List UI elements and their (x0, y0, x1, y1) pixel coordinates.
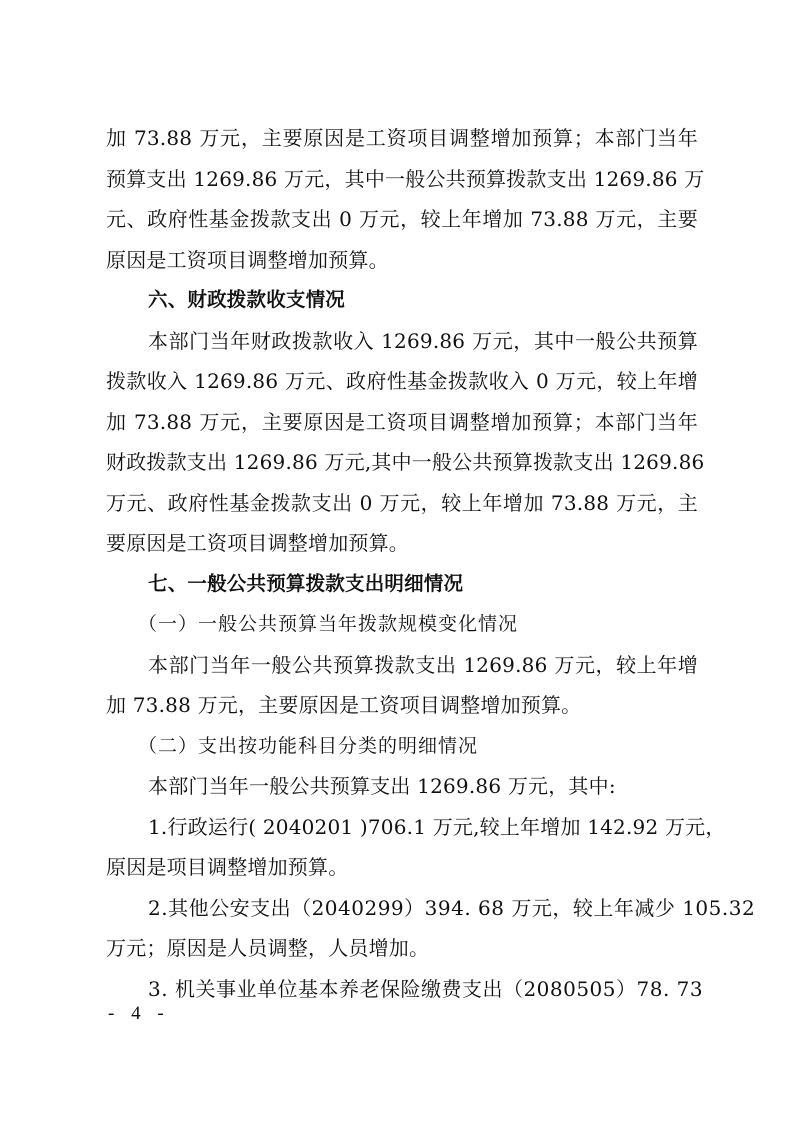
text-line: 本部门当年一般公共预算拨款支出 1269.86 万元，较上年增 (106, 645, 698, 686)
text-line: 本部门当年财政拨款收入 1269.86 万元，其中一般公共预算 (106, 321, 698, 362)
text-line: 2.其他公安支出（2040299）394. 68 万元，较上年减少 105.32 (106, 888, 698, 929)
page-number: - 4 - (108, 1003, 170, 1025)
text-line: 3. 机关事业单位基本养老保险缴费支出（2080505）78. 73 (106, 969, 698, 1010)
text-line: 本部门当年一般公共预算支出 1269.86 万元，其中: (106, 766, 698, 807)
document-page: 加 73.88 万元，主要原因是工资项目调整增加预算；本部门当年 预算支出 12… (106, 118, 698, 1009)
subsection-heading-1: （一）一般公共预算当年拨款规模变化情况 (106, 604, 698, 645)
text-line: 加 73.88 万元，主要原因是工资项目调整增加预算。 (106, 685, 698, 726)
text-line: 元、政府性基金拨款支出 0 万元，较上年增加 73.88 万元，主要 (106, 199, 698, 240)
text-line: 财政拨款支出 1269.86 万元,其中一般公共预算拨款支出 1269.86 (106, 442, 698, 483)
text-line: 要原因是工资项目调整增加预算。 (106, 523, 698, 564)
text-line: 1.行政运行( 2040201 )706.1 万元,较上年增加 142.92 万… (106, 807, 698, 848)
section-heading-6: 六、财政拨款收支情况 (106, 280, 698, 321)
text-line: 万元；原因是人员调整，人员增加。 (106, 928, 698, 969)
text-line: 万元、政府性基金拨款支出 0 万元，较上年增加 73.88 万元，主 (106, 483, 698, 524)
text-line: 加 73.88 万元，主要原因是工资项目调整增加预算；本部门当年 (106, 402, 698, 443)
text-line: 原因是工资项目调整增加预算。 (106, 240, 698, 281)
text-line: 预算支出 1269.86 万元，其中一般公共预算拨款支出 1269.86 万 (106, 159, 698, 200)
text-line: 拨款收入 1269.86 万元、政府性基金拨款收入 0 万元，较上年增 (106, 361, 698, 402)
subsection-heading-2: （二）支出按功能科目分类的明细情况 (106, 726, 698, 767)
section-heading-7: 七、一般公共预算拨款支出明细情况 (106, 564, 698, 605)
text-line: 加 73.88 万元，主要原因是工资项目调整增加预算；本部门当年 (106, 118, 698, 159)
text-line: 原因是项目调整增加预算。 (106, 847, 698, 888)
